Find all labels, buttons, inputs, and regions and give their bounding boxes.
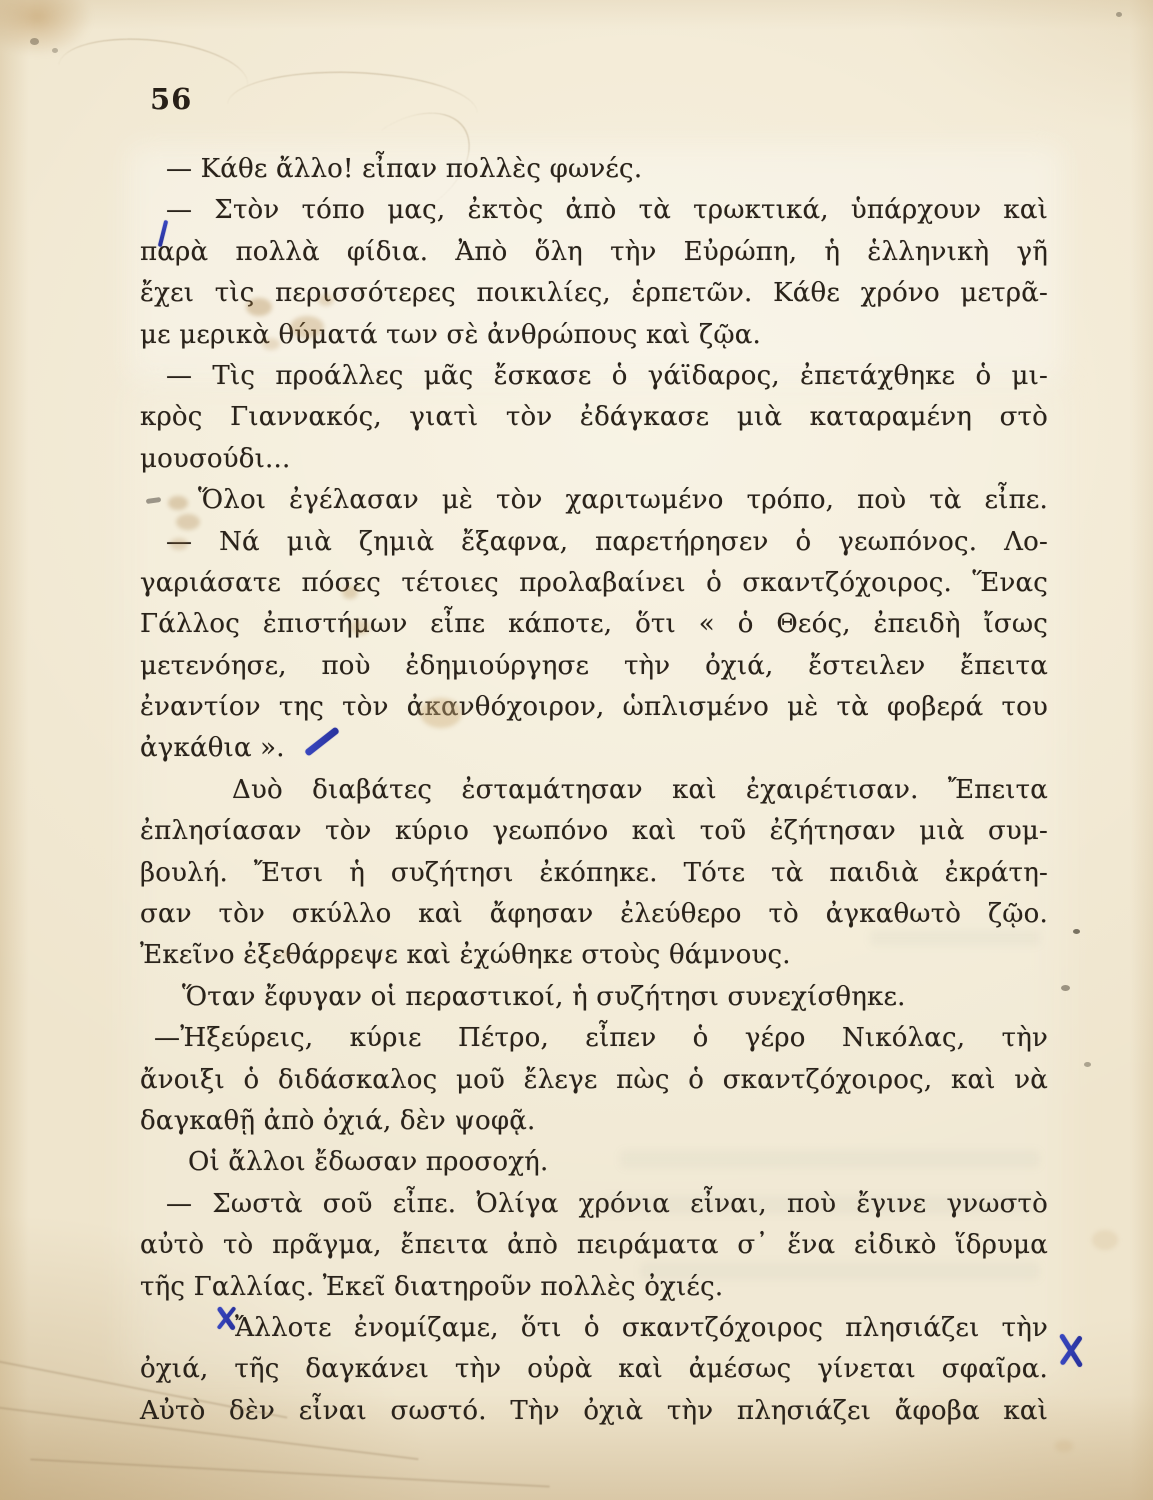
page-number: 56 (150, 82, 192, 116)
speck (1116, 12, 1122, 17)
fox-spot (246, 298, 272, 316)
text-line: Γάλλος ἐπιστήμων εἶπε κάποτε, ὅτι « ὁ Θε… (140, 604, 1048, 645)
text-line: ἔχει τὶς περισσότερες ποικιλίες, ἑρπετῶν… (140, 273, 1048, 314)
fox-spot (290, 316, 324, 338)
stain (1055, 1440, 1073, 1452)
speck (1061, 985, 1070, 991)
speck (52, 48, 58, 53)
text-line: παρὰ πολλὰ φίδια. Ἀπὸ ὅλη τὴν Εὐρώπη, ἡ … (140, 232, 1048, 273)
fox-spot (262, 338, 280, 350)
text-line: κρὸς Γιαννακός, γιατὶ τὸν ἐδάγκασε μιὰ κ… (140, 397, 1048, 438)
text-line: — Σωστὰ σοῦ εἶπε. Ὀλίγα χρόνια εἶναι, πο… (140, 1184, 1048, 1225)
text-line: ἐναντίον της τὸν ἀκανθόχοιρον, ὡπλισμένο… (140, 687, 1048, 728)
blue-ink-slash (304, 726, 344, 760)
fox-spot (170, 538, 188, 550)
text-line: Οἱ ἄλλοι ἔδωσαν προσοχή. (140, 1142, 1048, 1183)
fox-spot (342, 586, 358, 599)
fox-spot (350, 620, 370, 635)
pen-stroke (304, 726, 340, 756)
stain (420, 698, 462, 728)
text-line: — Νά μιὰ ζημιὰ ἔξαφνα, παρετήρησεν ὁ γεω… (140, 522, 1048, 563)
fox-spot (168, 496, 188, 510)
fox-spot (176, 514, 200, 530)
text-line: ἐπλησίασαν τὸν κύριο γεωπόνο καὶ τοῦ ἐζή… (140, 811, 1048, 852)
text-line: μετενόησε, ποὺ ἐδημιούργησε τὴν ὀχιά, ἔσ… (140, 646, 1048, 687)
text-line: ἄνοιξι ὁ διδάσκαλος μοῦ ἔλεγε πὼς ὁ σκαν… (140, 1060, 1048, 1101)
text-line: μουσούδι... (140, 439, 1048, 480)
speck (30, 38, 39, 45)
text-line: βουλή. Ἔτσι ἡ συζήτησι ἐκόπηκε. Τότε τὰ … (140, 853, 1048, 894)
fox-spot (282, 950, 292, 958)
text-line: Ὅλοι ἐγέλασαν μὲ τὸν χαριτωμένο τρόπο, π… (140, 480, 1048, 521)
text-line: — Τὶς προάλλες μᾶς ἔσκασε ὁ γάϊδαρος, ἐπ… (140, 356, 1048, 397)
text-line: ἀγκάθια ». (140, 728, 1048, 769)
text-line: — Κάθε ἄλλο! εἶπαν πολλὲς φωνές. (140, 149, 1048, 190)
crease-line (30, 1458, 549, 1487)
blue-ink-x-large (1052, 1332, 1090, 1374)
crease-line (227, 68, 478, 114)
text-line: γαριάσατε πόσες τέτοιες προλαβαίνει ὁ σκ… (140, 563, 1048, 604)
blue-ink-x-small (213, 1305, 241, 1335)
text-line: — Στὸν τόπο μας, ἐκτὸς ἀπὸ τὰ τρωκτικά, … (140, 190, 1048, 231)
text-line: σαν τὸν σκύλλο καὶ ἄφησαν ἐλεύθερο τὸ ἀγ… (140, 894, 1048, 935)
blue-ink-margin-tick (161, 220, 175, 250)
text-line: Αὐτὸ δὲν εἶναι σωστό. Τὴν ὀχιὰ τὴν πλησι… (140, 1391, 1048, 1432)
text-line: Ἐκεῖνο ἐξεθάρρεψε καὶ ἐχώθηκε στοὺς θάμν… (140, 935, 1048, 976)
fox-spot (318, 294, 334, 306)
text-line: αὐτὸ τὸ πρᾶγμα, ἔπειτα ἀπὸ πειράματα σ᾽ … (140, 1225, 1048, 1266)
speck (1084, 1062, 1091, 1067)
stain (1092, 1230, 1118, 1250)
text-line: Ἄλλοτε ἐνομίζαμε, ὅτι ὁ σκαντζόχοιρος πλ… (140, 1308, 1048, 1349)
text-line: τῆς Γαλλίας. Ἐκεῖ διατηροῦν πολλὲς ὀχιές… (140, 1267, 1048, 1308)
text-line: Δυὸ διαβάτες ἐσταμάτησαν καὶ ἐχαιρέτισαν… (140, 770, 1048, 811)
scanned-book-page: 56 — Κάθε ἄλλο! εἶπαν πολλὲς φωνές.— Στὸ… (0, 0, 1153, 1500)
text-line: δαγκαθῇ ἀπὸ ὀχιά, δὲν ψοφᾷ. (140, 1101, 1048, 1142)
text-line: ὀχιά, τῆς δαγκάνει τὴν οὐρὰ καὶ ἀμέσως γ… (140, 1349, 1048, 1390)
speck (1073, 929, 1080, 934)
text-line: Ὅταν ἔφυγαν οἱ περαστικοί, ἡ συζήτησι συ… (140, 977, 1048, 1018)
text-line: —Ἠξεύρεις, κύριε Πέτρο, εἶπεν ὁ γέρο Νικ… (140, 1018, 1048, 1059)
crease-line (59, 30, 252, 85)
text-line: με μερικὰ θύματά των σὲ ἀνθρώπους καὶ ζῷ… (140, 315, 1048, 356)
